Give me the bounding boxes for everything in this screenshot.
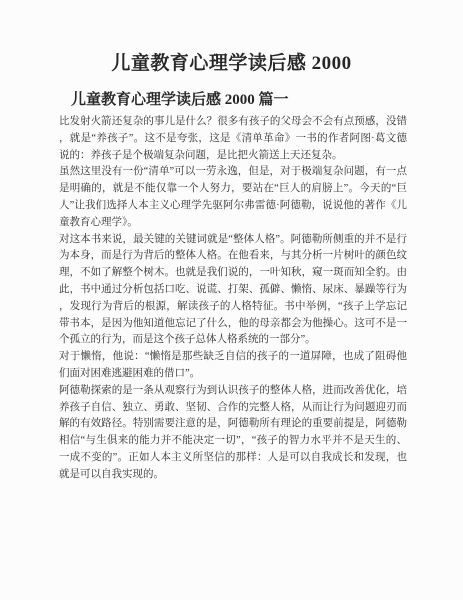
document-body: 比发射火箭还复杂的事儿是什么？很多有孩子的父母会不会有点预感，没错，就是“养孩子… [59, 114, 407, 484]
body-paragraph: 虽然这里没有一份“清单”可以一劳永逸，但是，对于极端复杂问题，有一点是明确的，就… [59, 164, 407, 231]
body-paragraph: 阿德勒探索的是一条从观察行为到认识孩子的整体人格，进而改善优化，培养孩子自信、独… [59, 383, 407, 484]
body-paragraph: 对于懒惰，他说：“懒惰是那些缺乏自信的孩子的一道屏障，也成了阻碍他们面对困难逃避… [59, 349, 407, 383]
body-paragraph: 比发射火箭还复杂的事儿是什么？很多有孩子的父母会不会有点预感，没错，就是“养孩子… [59, 114, 407, 164]
body-paragraph: 对这本书来说，最关键的关键词就是“整体人格”。阿德勒所侧重的并不是行为本身，而是… [59, 232, 407, 350]
document-page: 儿童教育心理学读后感 2000 儿童教育心理学读后感 2000 篇一 比发射火箭… [0, 0, 463, 600]
page-title: 儿童教育心理学读后感 2000 [0, 0, 463, 76]
section-heading: 儿童教育心理学读后感 2000 篇一 [71, 91, 463, 109]
